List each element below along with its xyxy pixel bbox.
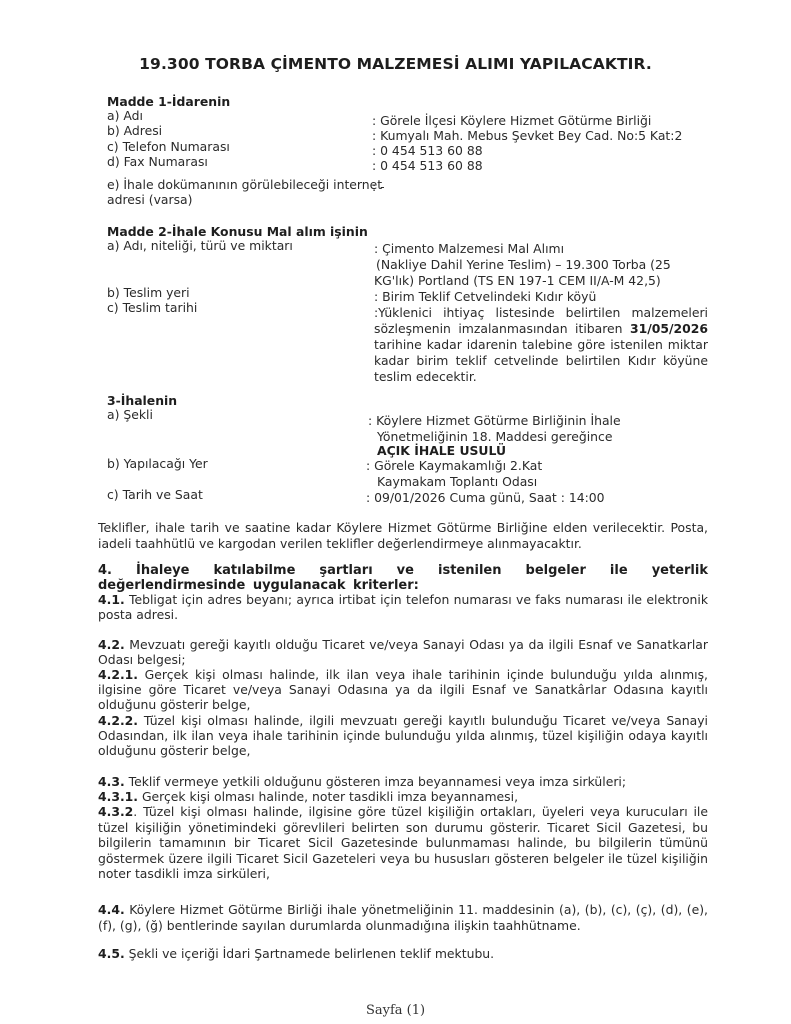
madde3-label-c: c) Tarih ve Saat xyxy=(107,487,203,502)
madde1-label-adi: a) Adı xyxy=(107,108,143,123)
item-number: 4.3.2 xyxy=(98,804,133,819)
section4-heading: 4. İhaleye katılabilme şartları ve isten… xyxy=(98,563,708,593)
item-number: 4.2.1. xyxy=(98,667,138,682)
madde2-value-b: : Birim Teklif Cetvelindeki Kıdır köyü xyxy=(374,289,596,304)
delivery-deadline-date: 31/05/2026 xyxy=(630,321,708,336)
madde1-value-adi: : Görele İlçesi Köylere Hizmet Götürme B… xyxy=(372,113,651,128)
madde1-heading: Madde 1-İdarenin xyxy=(107,94,230,109)
item-number: 4.2.2. xyxy=(98,713,138,728)
item-text: Teklif vermeye yetkili olduğunu gösteren… xyxy=(125,774,626,789)
madde3-value-b-1: : Görele Kaymakamlığı 2.Kat xyxy=(366,458,542,473)
madde2-value-c-2: sözleşmenin imzalanmasından itibaren 31/… xyxy=(374,321,708,336)
item-4-3-2: 4.3.2. Tüzel kişi olması halinde, ilgisi… xyxy=(98,804,708,882)
madde3-value-a-3: AÇIK İHALE USULÜ xyxy=(377,443,506,458)
madde1-value-fax: : 0 454 513 60 88 xyxy=(372,158,483,173)
madde1-label-fax: d) Fax Numarası xyxy=(107,154,208,169)
item-4-2-2: 4.2.2. Tüzel kişi olması halinde, ilgili… xyxy=(98,713,708,758)
document-page: 19.300 TORBA ÇİMENTO MALZEMESİ ALIMI YAP… xyxy=(0,0,791,1024)
item-text: Mevzuatı gereği kayıtlı olduğu Ticaret v… xyxy=(98,637,708,667)
document-title: 19.300 TORBA ÇİMENTO MALZEMESİ ALIMI YAP… xyxy=(0,57,791,72)
madde2-label-b: b) Teslim yeri xyxy=(107,285,190,300)
item-4-3-1: 4.3.1. Gerçek kişi olması halinde, noter… xyxy=(98,789,708,804)
madde1-value-internet: : - xyxy=(372,179,385,194)
madde1-value-telefon: : 0 454 513 60 88 xyxy=(372,143,483,158)
madde2-label-a: a) Adı, niteliği, türü ve miktarı xyxy=(107,238,293,253)
item-number: 4.1. xyxy=(98,592,125,607)
madde2-heading: Madde 2-İhale Konusu Mal alım işinin xyxy=(107,224,368,239)
madde3-value-b-2: Kaymakam Toplantı Odası xyxy=(377,474,537,489)
item-number: 4.3. xyxy=(98,774,125,789)
madde2-value-c-2-text: sözleşmenin imzalanmasından itibaren xyxy=(374,321,630,336)
page-number: Sayfa (1) xyxy=(0,1003,791,1018)
madde2-value-a-3: KG'lık) Portland (TS EN 197-1 CEM II/A-M… xyxy=(374,273,661,288)
madde3-value-a-2: Yönetmeliğinin 18. Maddesi gereğince xyxy=(377,429,612,444)
madde1-value-adres: : Kumyalı Mah. Mebus Şevket Bey Cad. No:… xyxy=(372,128,682,143)
item-text: Gerçek kişi olması halinde, ilk ilan vey… xyxy=(98,667,708,712)
item-4-2-1: 4.2.1. Gerçek kişi olması halinde, ilk i… xyxy=(98,667,708,712)
item-text: . Tüzel kişi olması halinde, ilgisine gö… xyxy=(98,804,708,881)
madde2-label-c: c) Teslim tarihi xyxy=(107,300,197,315)
madde2-value-a-2: (Nakliye Dahil Yerine Teslim) – 19.300 T… xyxy=(376,257,671,272)
madde3-value-a-1: : Köylere Hizmet Götürme Birliğinin İhal… xyxy=(368,413,621,428)
madde2-value-a-1: : Çimento Malzemesi Mal Alımı xyxy=(374,241,564,256)
madde3-label-b: b) Yapılacağı Yer xyxy=(107,456,208,471)
madde3-value-c: : 09/01/2026 Cuma günü, Saat : 14:00 xyxy=(366,490,605,505)
item-4-4: 4.4. Köylere Hizmet Götürme Birliği ihal… xyxy=(98,902,708,933)
item-text: Tebligat için adres beyanı; ayrıca irtib… xyxy=(98,592,708,622)
madde2-value-c-3: tarihine kadar idarenin talebine göre is… xyxy=(374,337,708,352)
madde1-label-internet: e) İhale dokümanının görülebileceği inte… xyxy=(107,177,382,192)
item-number: 4.5. xyxy=(98,946,125,961)
madde1-label-telefon: c) Telefon Numarası xyxy=(107,139,230,154)
madde1-label-adres: b) Adresi xyxy=(107,123,162,138)
madde2-value-c-4: kadar birim teklif cetvelinde belirtilen… xyxy=(374,353,708,368)
item-text: Tüzel kişi olması halinde, ilgili mevzua… xyxy=(98,713,708,758)
madde2-value-c-1: :Yüklenici ihtiyaç listesinde belirtilen… xyxy=(374,305,708,320)
madde3-label-a: a) Şekli xyxy=(107,407,153,422)
item-4-1: 4.1. Tebligat için adres beyanı; ayrıca … xyxy=(98,592,708,622)
item-4-3: 4.3. Teklif vermeye yetkili olduğunu gös… xyxy=(98,774,708,789)
submission-notice: Teklifler, ihale tarih ve saatine kadar … xyxy=(98,520,708,552)
madde2-value-c-5: teslim edecektir. xyxy=(374,369,477,384)
madde3-heading: 3-İhalenin xyxy=(107,393,177,408)
item-text: Gerçek kişi olması halinde, noter tasdik… xyxy=(138,789,518,804)
item-4-2: 4.2. Mevzuatı gereği kayıtlı olduğu Tica… xyxy=(98,637,708,667)
madde1-label-internet-2: adresi (varsa) xyxy=(107,192,192,207)
item-text: Şekli ve içeriği İdari Şartnamede belirl… xyxy=(125,946,494,961)
item-text: Köylere Hizmet Götürme Birliği ihale yön… xyxy=(98,902,708,933)
item-number: 4.3.1. xyxy=(98,789,138,804)
item-4-5: 4.5. Şekli ve içeriği İdari Şartnamede b… xyxy=(98,946,708,961)
item-number: 4.2. xyxy=(98,637,125,652)
item-number: 4.4. xyxy=(98,902,125,917)
